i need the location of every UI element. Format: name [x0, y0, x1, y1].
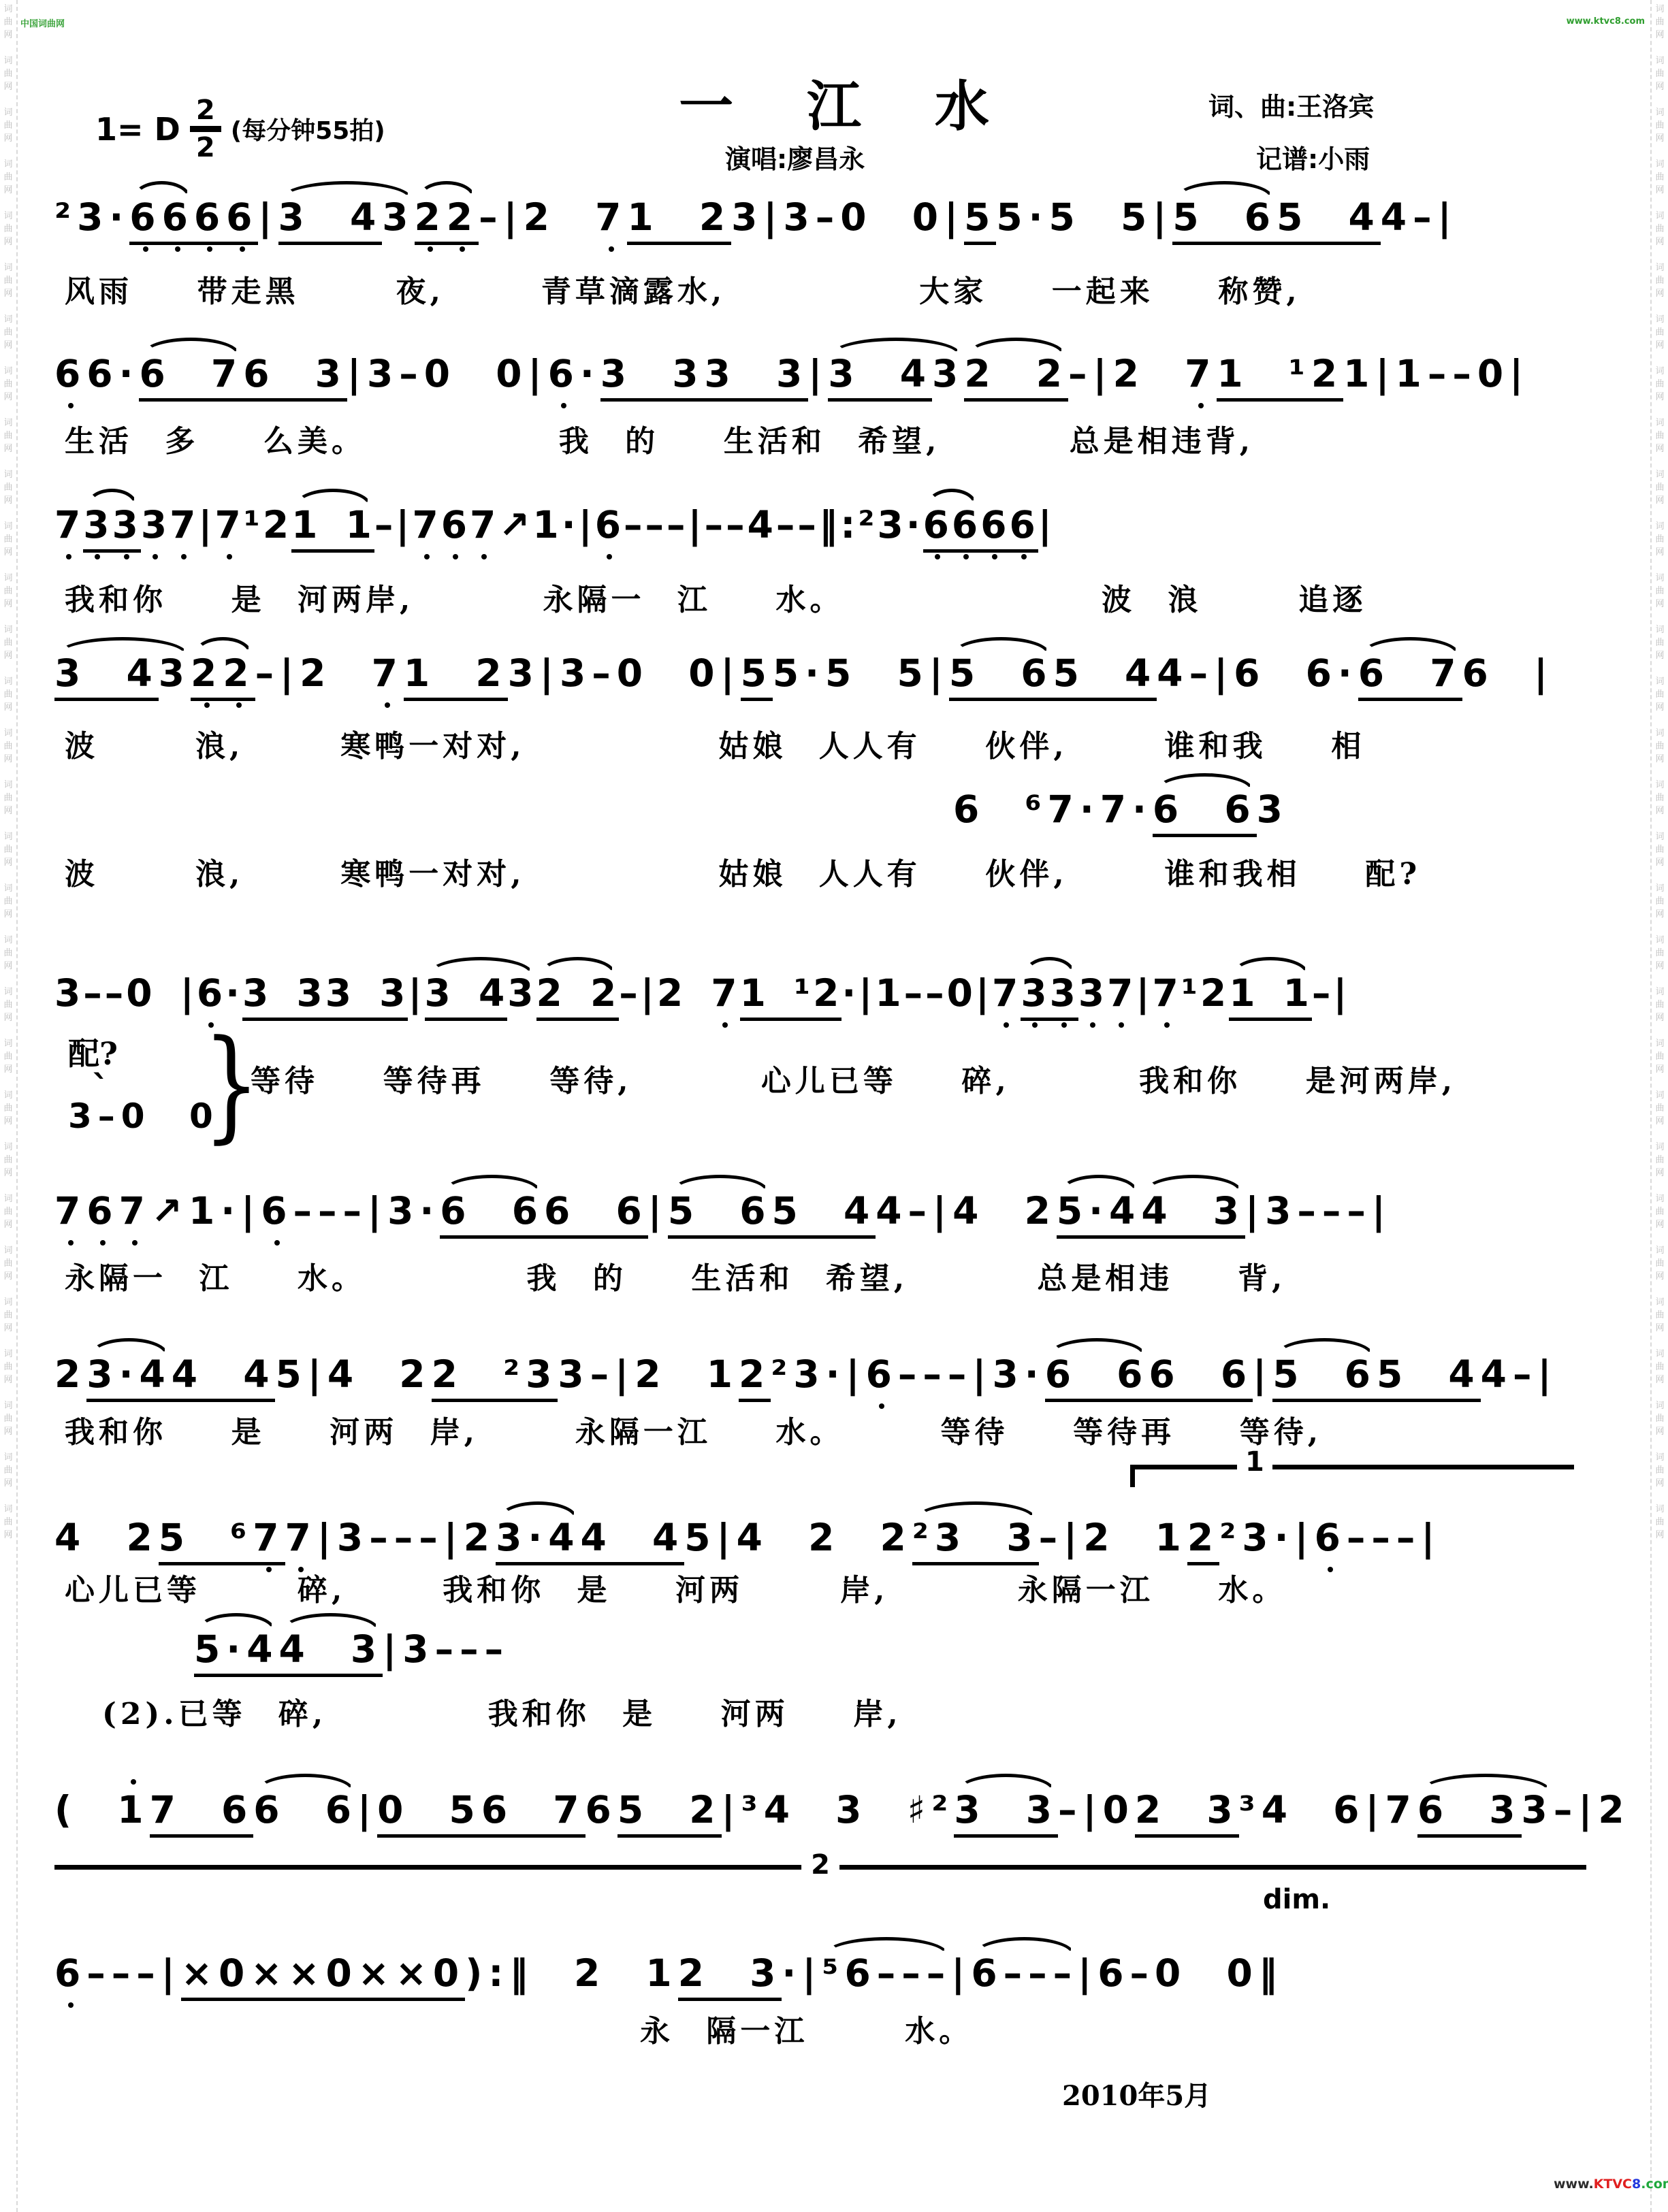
- notation-line-2: 66·6 76 3|3–0 0|6·3 33 3|3 432 2–|2 71 ¹…: [54, 353, 1529, 402]
- key-signature: 1= D: [95, 111, 180, 148]
- notation-line-7: 767↗1·|6–––|3·6 66 6|5 65 44–|4 25·44 3|…: [54, 1190, 1392, 1239]
- logo-com: .com: [1641, 2177, 1668, 2192]
- lyrics-line-4: 波 浪, 寒鸭一对对, 姑娘 人人有 伙伴, 谁和我 相: [65, 721, 1365, 765]
- notation-line-3: 73337|7¹21 1–|767↗1·|6–––|––4––‖:²3·6666…: [54, 504, 1055, 553]
- notation-insert-phrase: 6 ⁶7·7·6 63: [953, 788, 1289, 837]
- lyrics-line-7: 永隔一 江 水。 我 的 生活和 希望, 总是相违 背,: [65, 1254, 1286, 1297]
- lyrics-line-12: 永 隔一江 水。: [640, 2006, 973, 2050]
- notation-line-8: 23·44 45|4 22 ²33–|2 12²3·|6–––|3·6 66 6…: [54, 1353, 1558, 1402]
- ktvc8-logo: www.KTVC8.com: [1554, 2177, 1668, 2192]
- time-signature: 2 2: [190, 97, 221, 161]
- alt-ending-upper-text: 配?: [68, 1029, 118, 1074]
- site-watermark-top-left: 中国词曲网: [20, 16, 65, 29]
- time-signature-bar: [190, 126, 221, 132]
- key-and-tempo: 1= D 2 2 (每分钟55拍): [95, 97, 385, 161]
- dynamics-dim: dim.: [1263, 1884, 1330, 1915]
- lyricist-composer-credit: 词、曲:王洛宾: [1208, 86, 1374, 123]
- time-denominator: 2: [196, 134, 215, 161]
- notation-line-10: 5·44 3|3–––: [194, 1628, 509, 1677]
- tempo-marking: (每分钟55拍): [231, 112, 385, 146]
- time-numerator: 2: [196, 97, 215, 124]
- notation-line-1: ²3·6666|3 4322–|2 71 23|3–0 0|55·5 5|5 6…: [54, 196, 1458, 245]
- second-ending-number: 2: [801, 1849, 839, 1881]
- lyrics-line-2: 生活 多 么美。 我 的 生活和 希望, 总是相违背,: [65, 417, 1254, 460]
- lyrics-line-5: 波 浪, 寒鸭一对对, 姑娘 人人有 伙伴, 谁和我相 配?: [65, 849, 1421, 893]
- lyrics-line-9: 心儿已等 碎, 我和你 是 河两 岸, 永隔一江 水。: [65, 1565, 1286, 1609]
- lyrics-line-8: 我和你 是 河两 岸, 永隔一江 水。 等待 等待再 等待,: [65, 1408, 1322, 1451]
- second-ending-bracket: 2: [54, 1865, 1586, 1870]
- lyrics-line-6: 等待 等待再 等待, 心儿已等 碎, 我和你 是河两岸,: [251, 1056, 1456, 1100]
- logo-ktvc: KTVC: [1594, 2177, 1632, 2192]
- site-url-watermark-top-right: www.ktvc8.com: [1567, 16, 1645, 27]
- left-margin-watermark: 词 曲 网 词 曲 网 词 曲 网 词 曲 网 词 曲 网 词 曲 网 词 曲 …: [0, 0, 18, 2212]
- composition-date: 2010年5月: [1062, 2075, 1211, 2113]
- first-ending-bracket: 1: [1130, 1465, 1574, 1487]
- notation-line-12: 6–––|×0××0××0):‖ 2 12 3·|⁵6–––|6–––|6–0 …: [54, 1952, 1283, 2001]
- logo-www: www.: [1554, 2177, 1594, 2192]
- singer-credit: 演唱:廖昌永: [725, 138, 865, 176]
- sheet-music-page: 词 曲 网 词 曲 网 词 曲 网 词 曲 网 词 曲 网 词 曲 网 词 曲 …: [0, 0, 1668, 2212]
- right-margin-watermark: 词 曲 网 词 曲 网 词 曲 网 词 曲 网 词 曲 网 词 曲 网 词 曲 …: [1650, 0, 1668, 2212]
- notation-line-11-instrumental: ( 17 66 6|0 56 765 2|³4 3 ♯²3 3–|02 3³4 …: [54, 1789, 1668, 1838]
- lyrics-line-10: (2).已等 碎, 我和你 是 河两 岸,: [102, 1689, 902, 1733]
- first-ending-number: 1: [1237, 1446, 1272, 1478]
- alt-ending-lower-notes: 3–0 0: [68, 1097, 219, 1137]
- transcriber-credit: 记谱:小雨: [1256, 138, 1370, 176]
- logo-8: 8: [1632, 2177, 1641, 2192]
- lyrics-line-1: 风雨 带走黑 夜, 青草滴露水, 大家 一起来 称赞,: [65, 267, 1301, 310]
- notation-line-9: 4 25 ⁶77|3–––|23·44 45|4 2 2²3 3–|2 12²3…: [54, 1516, 1441, 1565]
- notation-line-4: 3 4322–|2 71 23|3–0 0|55·5 5|5 65 44–|6 …: [54, 652, 1554, 701]
- lyrics-line-3: 我和你 是 河两岸, 永隔一 江 水。 波 浪 追逐: [65, 575, 1366, 619]
